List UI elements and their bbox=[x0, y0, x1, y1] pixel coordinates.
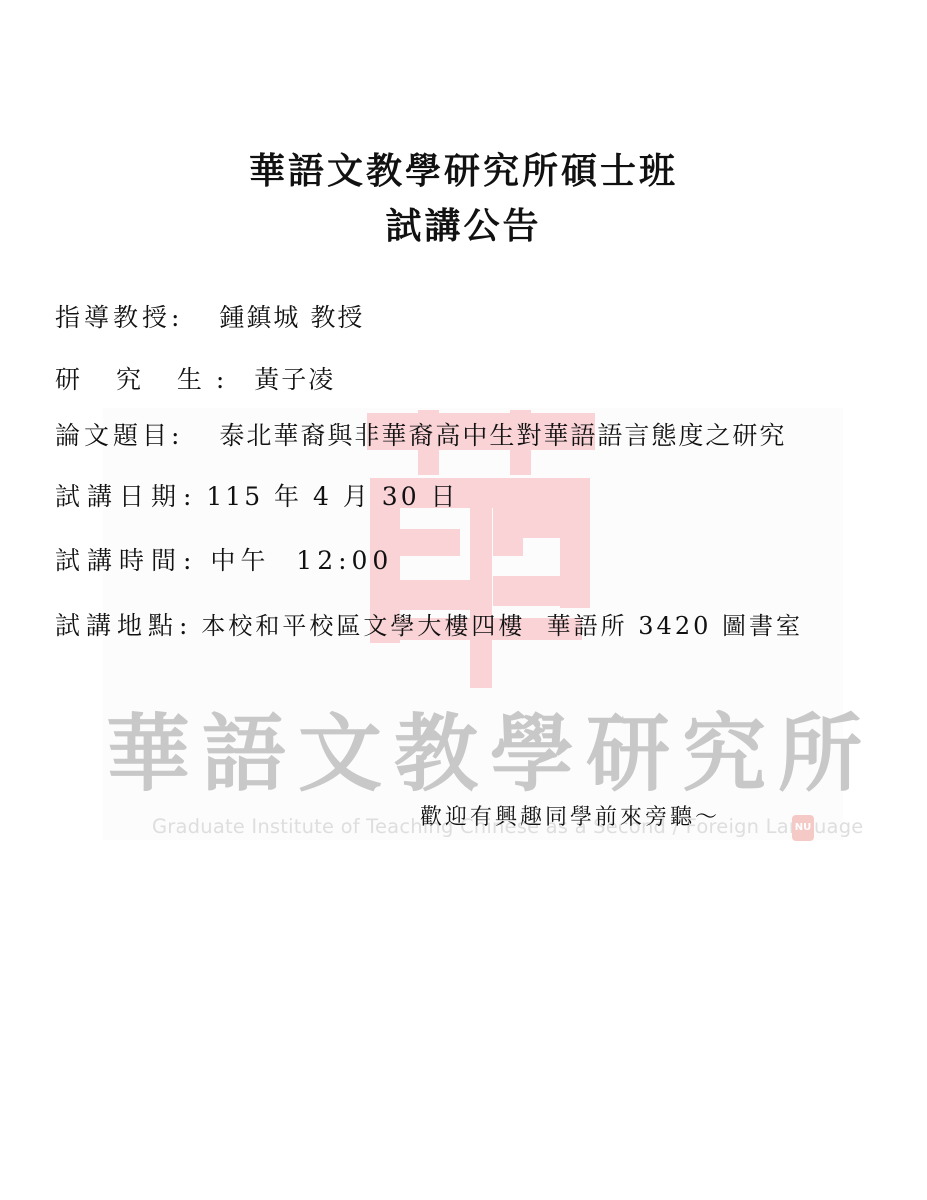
location-row: 試講地點: 本校和平校區文學大樓四樓 華語所 3420 圖書室 bbox=[55, 610, 803, 642]
location-label: 試講地點: bbox=[55, 610, 193, 642]
date-value: 115 年 4 月 30 日 bbox=[206, 481, 458, 513]
document-title: 華語文教學研究所碩士班 bbox=[0, 143, 927, 194]
thesis-value: 泰北華裔與非華裔高中生對華語語言態度之研究 bbox=[219, 420, 786, 452]
welcome-message: 歡迎有興趣同學前來旁聽～ bbox=[420, 800, 720, 831]
advisor-value: 鍾鎮城 教授 bbox=[219, 302, 364, 334]
time-value: 中午 12:00 bbox=[210, 545, 393, 577]
advisor-label: 指導教授: bbox=[55, 302, 183, 334]
time-row: 試講時間: 中午 12:00 bbox=[55, 545, 393, 577]
advisor-row: 指導教授: 鍾鎮城 教授 bbox=[55, 302, 364, 334]
thesis-label: 論文題目: bbox=[55, 420, 183, 452]
university-logo-icon: NU bbox=[792, 815, 814, 841]
student-value: 黃子凌 bbox=[254, 364, 335, 396]
student-row: 研 究 生: 黃子凌 bbox=[55, 364, 335, 396]
document-subtitle: 試講公告 bbox=[0, 198, 927, 249]
date-label: 試講日期: bbox=[55, 481, 198, 513]
date-row: 試講日期: 115 年 4 月 30 日 bbox=[55, 481, 459, 513]
thesis-row: 論文題目: 泰北華裔與非華裔高中生對華語語言態度之研究 bbox=[55, 420, 786, 452]
time-label: 試講時間: bbox=[55, 545, 198, 577]
student-label: 研 究 生: bbox=[55, 364, 238, 396]
institute-calligraphy-watermark: 華語文教學研究所 bbox=[106, 712, 846, 796]
location-value: 本校和平校區文學大樓四樓 華語所 3420 圖書室 bbox=[201, 610, 803, 642]
